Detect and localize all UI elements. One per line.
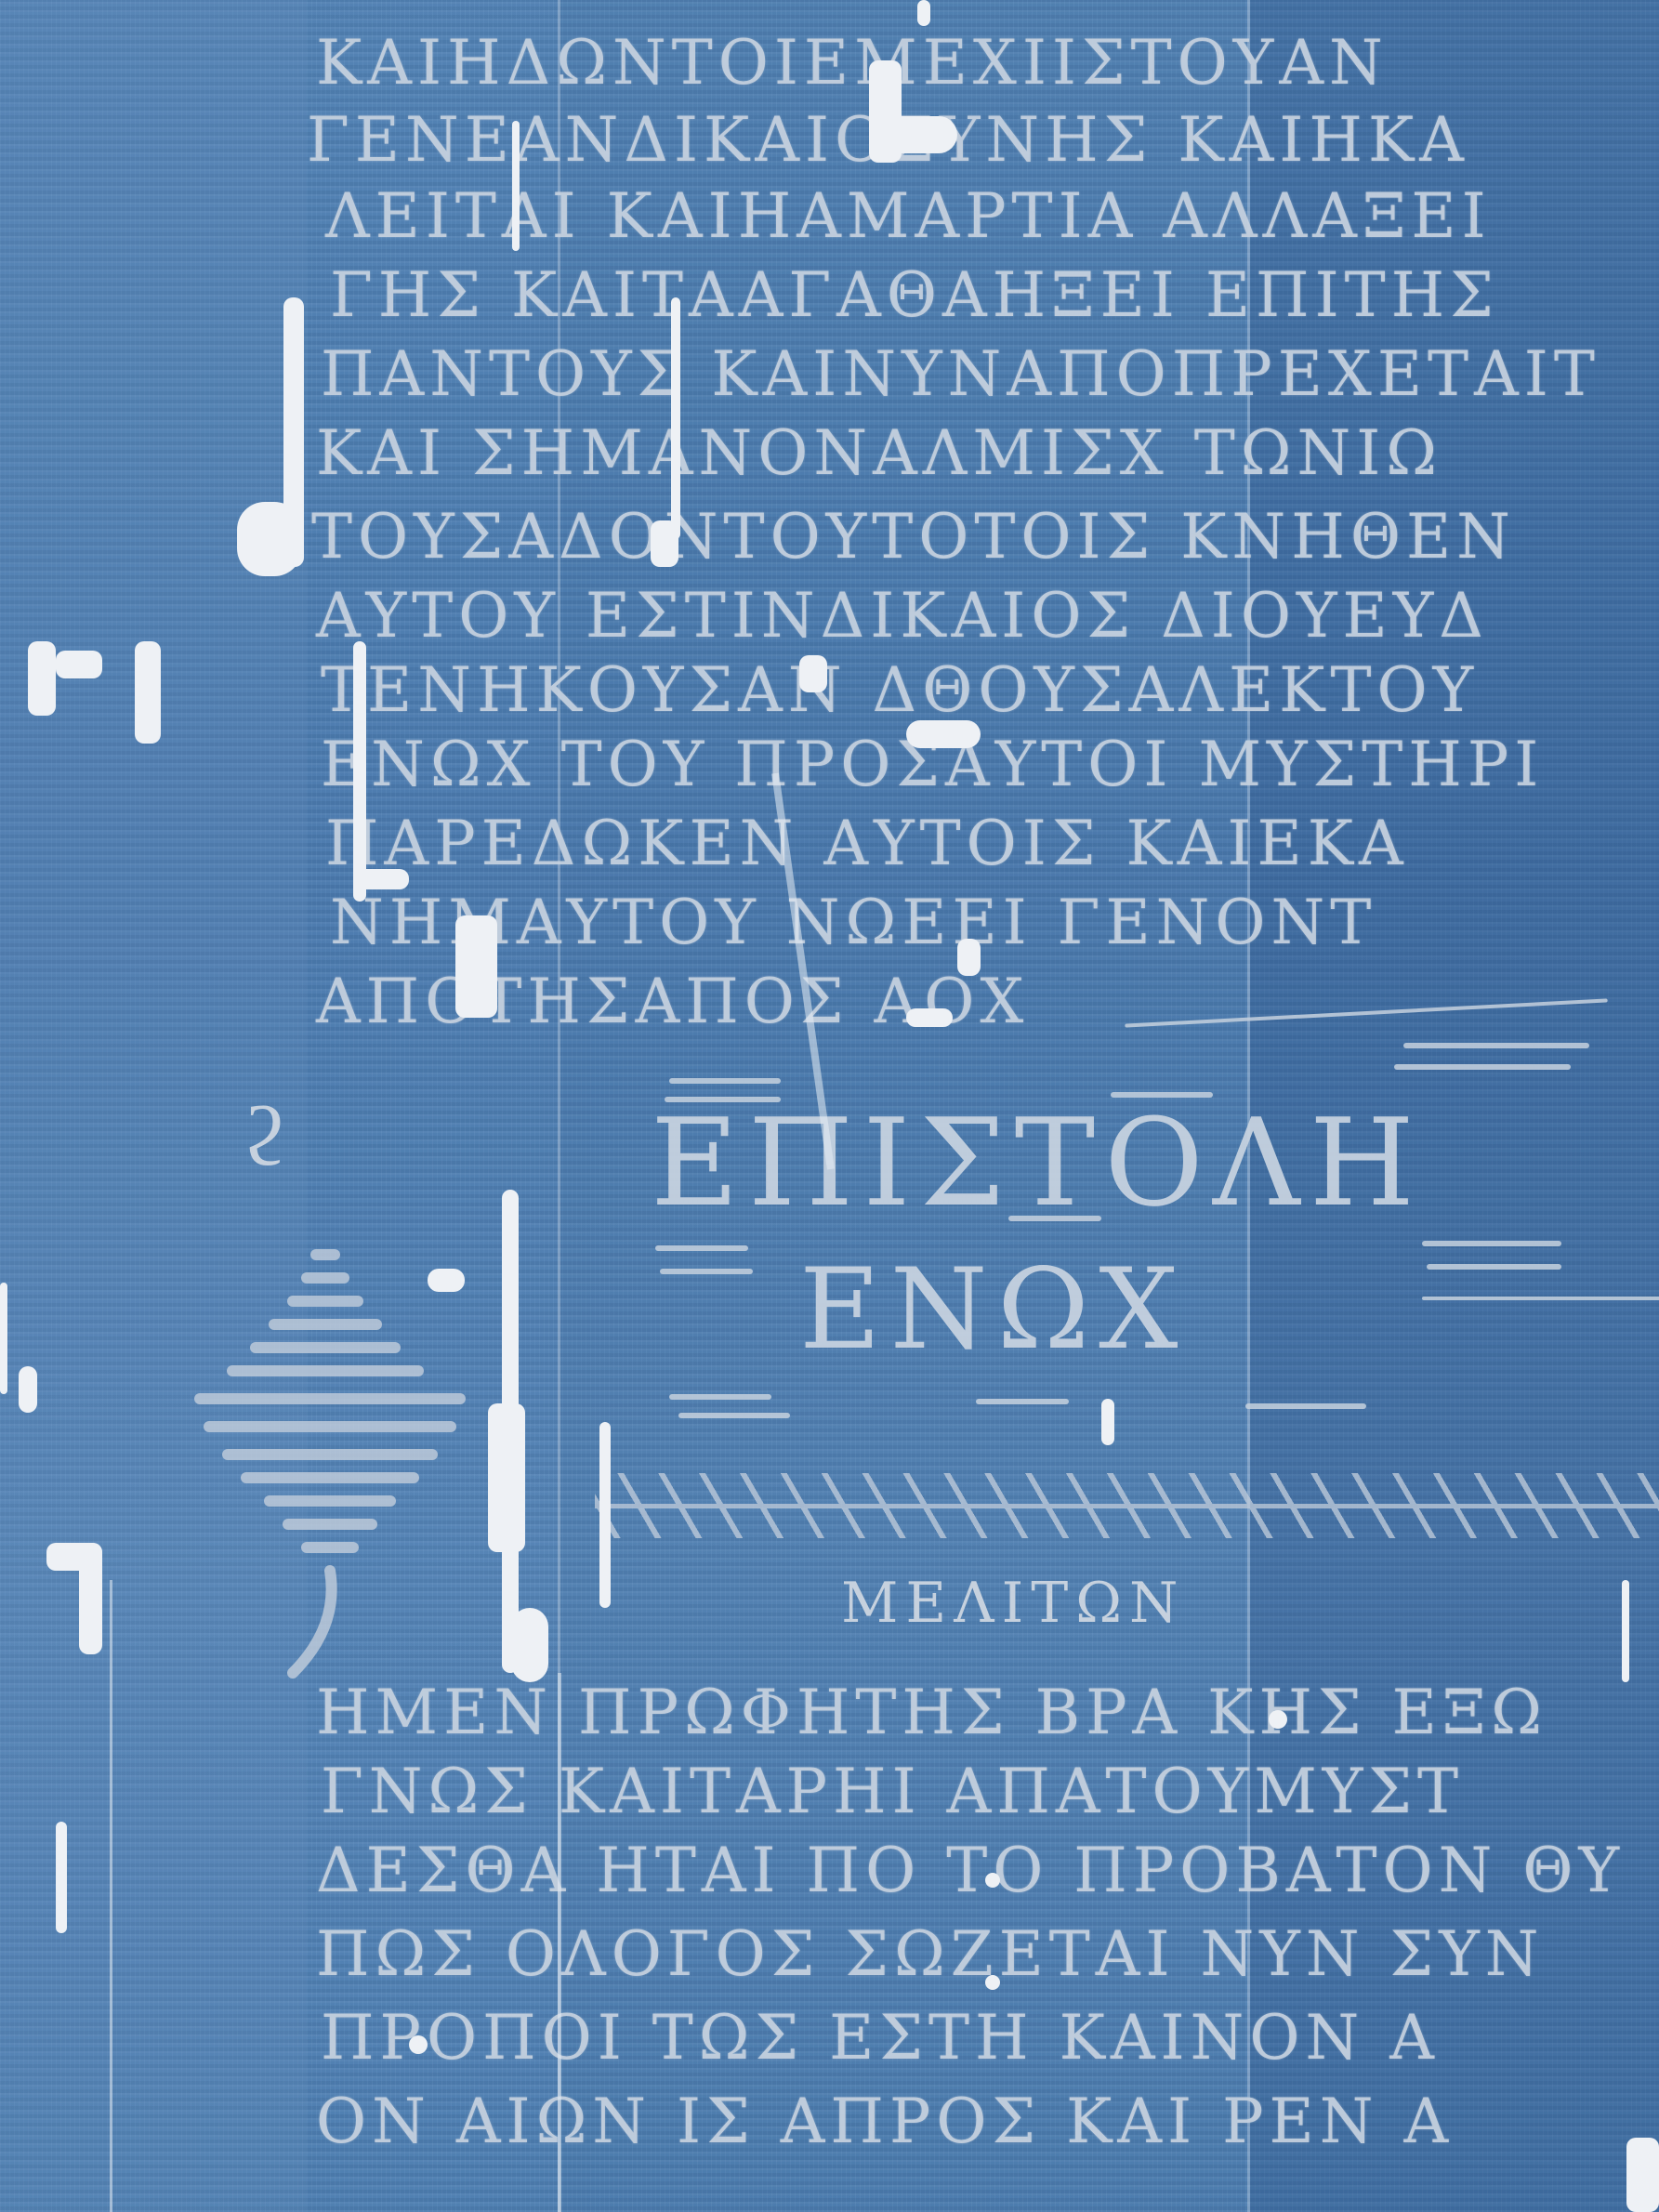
title-line-epistole: ΕΠΙΣΤΟΛΗ <box>651 1092 1424 1233</box>
text-line: ΑΥΤΟΥ ΕΣΤΙΝΔΙΚΑΙΟΣ ΔΙΟΥΕΥΔ <box>316 586 1489 647</box>
text-line: ΤΕΝΗΚΟΥΣΑΝ ΔΘΟΥΣΑΛΕΚΤΟΥ <box>321 660 1479 721</box>
papyrus-hole <box>1626 2138 1659 2212</box>
papyrus-hole <box>79 1543 102 1654</box>
text-line: ΛΕΙΤΑΙ ΚΑΙΗΑΜΑΡΤΙΑ ΑΛΛΑΞΕΙ <box>325 186 1492 247</box>
papyrus-hole <box>906 720 981 748</box>
papyrus-hole <box>671 297 680 539</box>
papyrus-hole <box>917 0 930 26</box>
papyrus-hole <box>409 2035 428 2054</box>
title-dash <box>1427 1264 1561 1270</box>
title-dash <box>1245 1403 1366 1409</box>
title-dash <box>669 1078 781 1084</box>
papyrus-hole <box>0 1283 7 1394</box>
text-line: ΓΗΣ ΚΑΙΤΑΑΓΑΘΑΗΞΕΙ ΕΠΙΤΗΣ <box>330 265 1499 326</box>
papyrus-hole <box>488 1403 525 1552</box>
papyrus-hole <box>985 1975 1000 1990</box>
papyrus-hole <box>353 641 366 902</box>
papyrus-hole <box>651 520 678 567</box>
text-line: ΚΑΙΗΔΩΝΤΟΙΕΜΕΧΙΙΣΤΟΥΑΝ <box>316 33 1389 94</box>
title-dash <box>655 1245 748 1251</box>
title-dash <box>976 1399 1069 1404</box>
text-line: ΠΑΝΤΟΥΣ ΚΑΙΝΥΝΑΠΟΠΡΕΧΕΤΑΙΤ <box>321 344 1600 405</box>
garland-ornament <box>595 1473 1659 1538</box>
papyrus-hole <box>511 1608 548 1682</box>
text-line: ΔΕΣΘΑ ΗΤΑΙ ΠΟ ΤΟ ΠΡΟΒΑΤΟΝ ΘΥ <box>316 1840 1625 1902</box>
title-dash <box>1394 1064 1571 1070</box>
title-dash <box>1403 1043 1589 1048</box>
papyrus-hole <box>135 641 161 744</box>
papyrus-hole <box>28 641 56 716</box>
papyrus-hole <box>599 1422 611 1608</box>
papyrus-hole <box>428 1269 465 1292</box>
text-line: ΠΡΟΠΟΙ ΤΩΣ ΕΣΤΗ ΚΑΙΝΟΝ Α <box>321 2008 1440 2069</box>
papyrus-hole <box>1622 1580 1629 1682</box>
papyrus-crack <box>110 1580 112 2212</box>
papyrus-hole <box>19 1366 37 1413</box>
text-line: ΤΟΥΣΑΔΟΝΤΟΥΤΟΤΟΙΣ ΚΝΗΘΕΝ <box>311 507 1516 568</box>
text-line: ΠΩΣ ΟΛΟΓΟΣ ΣΩΖΕΤΑΙ ΝΥΝ ΣΥΝ <box>316 1924 1545 1985</box>
title-dash <box>678 1413 790 1418</box>
papyrus-hole <box>1101 1399 1114 1445</box>
papyrus-page: ΚΑΙΗΔΩΝΤΟΙΕΜΕΧΙΙΣΤΟΥΑΝ ΓΕΝΕΑΝΔΙΚΑΙΟΣΥΝΗΣ… <box>0 0 1659 2212</box>
text-line: ΓΝΩΣ ΚΑΙΤΑΡΗΙ ΑΠΑΤΟΥΜΥΣΤ <box>321 1761 1464 1823</box>
title-line-enoch: ΕΝΩΧ <box>799 1245 1188 1375</box>
title-dash <box>660 1269 753 1274</box>
papyrus-hole <box>56 1822 67 1933</box>
papyrus-hole <box>512 121 520 251</box>
text-line: ΠΑΡΕΔΩΚΕΝ ΑΥΤΟΙΣ ΚΑΙΕΚΑ <box>325 813 1409 875</box>
papyrus-hole <box>874 116 957 153</box>
papyrus-crack <box>558 1673 561 2212</box>
text-line: ΟΝ ΑΙΩΝ ΙΣ ΑΠΡΟΣ ΚΑΙ ΡΕΝ Α <box>316 2091 1454 2153</box>
papyrus-hole <box>353 869 409 889</box>
papyrus-hole <box>799 655 827 692</box>
papyrus-hole <box>237 502 302 576</box>
margin-glyph: ϩ <box>242 1087 287 1185</box>
title-dash <box>1422 1297 1659 1300</box>
papyrus-hole <box>906 1008 953 1027</box>
papyrus-hole <box>56 651 102 678</box>
text-line: ΚΑΙ ΣΗΜΑΝΟΝΑΛΜΙΣΧ ΤΩΝΙΩ <box>316 423 1442 484</box>
papyrus-hole <box>455 915 497 1018</box>
title-dash <box>1422 1241 1561 1246</box>
papyrus-hole <box>985 1873 1000 1888</box>
diamond-ornament-icon <box>191 1227 469 1710</box>
title-dash <box>669 1394 771 1400</box>
text-line: ΗΜΕΝ ΠΡΩΦΗΤΗΣ ΒΡΑ ΚΗΣ ΕΞΩ <box>316 1682 1547 1744</box>
papyrus-hole <box>957 939 981 976</box>
subtitle-meliton: ΜΕΛΙΤΩΝ <box>841 1571 1186 1636</box>
papyrus-hole <box>1269 1710 1287 1729</box>
